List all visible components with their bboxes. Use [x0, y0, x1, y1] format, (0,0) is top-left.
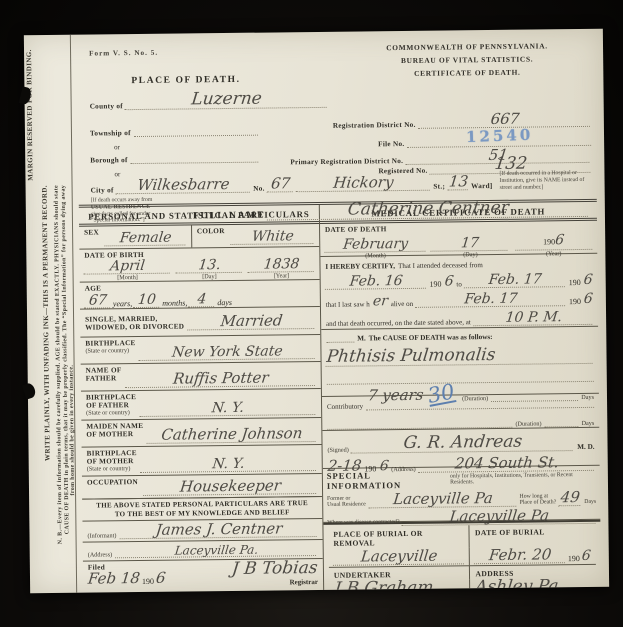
father-birthplace-value: N. Y.: [140, 400, 317, 417]
sex-value: Female: [104, 230, 186, 246]
former-residence-label-line2: Usual Residence: [327, 502, 366, 509]
usual-residence-note-line4: “Special Information.”]: [91, 217, 193, 225]
age-days-value: 4: [188, 292, 216, 307]
birthplace-row: BIRTHPLACE (State or country) New York S…: [80, 335, 320, 365]
death-certificate-document: MARGIN RESERVED FOR BINDING. WRITE PLAIN…: [24, 29, 609, 594]
date-of-birth-row: DATE OF BIRTH April [Month] 13. [Day]: [79, 247, 319, 283]
township-label: Township of: [90, 129, 131, 137]
months-word: months,: [162, 298, 187, 307]
commonwealth-block: COMMONWEALTH OF PENNSYLVANIA. BUREAU OF …: [341, 39, 593, 81]
last-alive-date: Feb. 17: [415, 291, 567, 308]
signed-line: (Signed) G. R. Andreas M. D.: [327, 433, 594, 454]
age-row: AGE 67 years, 10 months, 4 days: [80, 280, 320, 310]
informant-address-value: Laceyville Pa.: [115, 543, 318, 558]
meridiem-label: M.: [357, 334, 366, 342]
last-saw-pronoun: er: [372, 294, 389, 308]
mother-label-block: MAIDEN NAME OF MOTHER: [86, 422, 143, 439]
burial-year-digit: 6: [581, 549, 591, 563]
attended-from-year-digit: 6: [444, 274, 454, 288]
occupation-label: OCCUPATION: [87, 478, 138, 487]
ward-label: Ward]: [471, 182, 493, 190]
file-number-line: 12540: [407, 126, 591, 148]
certify-line2: Feb. 16 190 6 to Feb. 17 190 6: [325, 272, 592, 290]
death-day-value: 17: [431, 236, 510, 252]
personal-section: PERSONAL AND STATISTICAL PARTICULARS SEX…: [79, 205, 324, 593]
township-row: Township of: [90, 127, 258, 138]
burial-place-header: PLACE OF BURIAL OR REMOVAL: [328, 525, 470, 549]
death-month-value: February: [324, 237, 426, 253]
file-number-stamp: 12540: [465, 126, 533, 147]
marital-status-label: SINGLE, MARRIED, WIDOWED, OR DIVORCED: [85, 314, 184, 331]
birth-year-field: 1838 [Year]: [248, 257, 314, 280]
mother-name-value: Catherine Johnson: [147, 426, 318, 444]
contributory-block: Contributory (Duration) Days: [322, 394, 600, 431]
informant-row: (Informant) James J. Centner: [82, 519, 322, 543]
marital-status-value: Married: [187, 313, 316, 330]
hospital-note: [If death occurred in a Hospital or Inst…: [499, 170, 596, 192]
undertaker-value-cell: J B Graham: [329, 579, 471, 590]
mother-birthplace-row: BIRTHPLACE OF MOTHER (State or country) …: [82, 445, 322, 477]
sex-label: SEX: [84, 228, 99, 236]
cause-label-line: M. The CAUSE OF DEATH was as follows:: [326, 331, 593, 343]
registrar-block: J B Tobias Registrar: [208, 561, 318, 587]
marital-label-line2: WIDOWED, OR DIVORCED: [85, 322, 184, 331]
informant-address-label: (Address): [88, 551, 112, 558]
days-word: Days: [582, 420, 595, 427]
county-value: Luzerne: [125, 90, 329, 110]
father-birthplace-row: BIRTHPLACE OF FATHER (State or country) …: [81, 389, 321, 421]
father-name-row: NAME OF FATHER Ruffis Potter: [81, 362, 321, 392]
former-residence-line: Former or Usual Residence Laceyville Pa …: [327, 490, 596, 509]
father-name-value: Ruffis Potter: [125, 370, 317, 388]
former-residence-value: Laceyville Pa: [368, 491, 517, 509]
blank-line: [327, 373, 594, 385]
contributory-label: Contributory: [327, 402, 363, 410]
county-label: County of: [90, 102, 123, 110]
how-long-days-word: Days: [584, 499, 596, 506]
death-occurred-text: and that death occurred, on the date sta…: [326, 318, 471, 328]
state-or-country-sublabel: (State or country): [86, 409, 136, 417]
signed-label: (Signed): [327, 447, 348, 454]
burial-block: PLACE OF BURIAL OR REMOVAL DATE OF BURIA…: [323, 520, 601, 590]
sex-cell: SEX Female: [79, 225, 192, 248]
printed-year-190: 190: [568, 554, 580, 563]
registrar-signature: J B Tobias: [231, 560, 318, 578]
attestation-row: THE ABOVE STATED PERSONAL PARTICULARS AR…: [82, 496, 322, 522]
street-suffix-label: St.;: [433, 183, 445, 191]
attended-from-date: Feb. 16: [325, 274, 428, 290]
margin-binding-note: MARGIN RESERVED FOR BINDING.: [25, 49, 34, 181]
father-label-block: NAME OF FATHER: [86, 366, 122, 382]
city-row: City of Wilkesbarre No. 67 Hickory St.; …: [90, 174, 492, 195]
blank-line: [545, 418, 579, 427]
date-of-death-row: DATE OF DEATH February (Month) 17 (Day): [320, 221, 597, 257]
printed-year-190: 190: [429, 280, 441, 289]
special-information-title: SPECIAL INFORMATION: [327, 470, 446, 491]
cause-of-death-block: M. The CAUSE OF DEATH was as follows: Ph…: [321, 327, 599, 397]
printed-year-190: 190: [142, 577, 154, 586]
color-label: COLOR: [197, 227, 225, 235]
years-word: years,: [113, 299, 132, 308]
father-label-line2: FATHER: [86, 374, 122, 382]
birth-day-value: 13.: [175, 258, 243, 274]
death-year-line: 1906: [515, 231, 593, 251]
filed-date: Feb 18 190 6: [88, 570, 209, 586]
city-value: Wilkesbarre: [116, 177, 251, 195]
father-birthplace-label-block: BIRTHPLACE OF FATHER (State or country): [86, 393, 137, 417]
county-row: County of Luzerne: [90, 90, 328, 111]
special-information-title-line: SPECIAL INFORMATION only for Hospitals, …: [327, 468, 596, 491]
printed-year-190: 190: [569, 278, 581, 287]
cause-of-death-label: The CAUSE OF DEATH was as follows:: [369, 333, 493, 342]
day-sublabel: [Day]: [176, 273, 242, 281]
form-number: Form V. S. No. 5.: [89, 49, 158, 58]
blank-line: [366, 399, 594, 411]
color-cell: COLOR White: [192, 224, 319, 247]
state-or-country-sublabel: (State or country): [85, 347, 135, 355]
undertaker-address-cell: Ashley Pa: [470, 578, 596, 590]
contributory-line: Contributory: [327, 399, 594, 411]
birth-day-field: 13. [Day]: [176, 258, 242, 281]
death-year-digit: 6: [554, 233, 564, 247]
full-name-value: Catherine Centner: [267, 199, 590, 221]
color-value: White: [230, 229, 315, 245]
or-divider: or: [114, 143, 120, 151]
attended-to-year-digit: 6: [583, 273, 593, 287]
filed-day-value: Feb 18: [87, 571, 141, 587]
blank-line: [326, 334, 354, 343]
form-columns: PERSONAL AND STATISTICAL PARTICULARS SEX…: [79, 199, 601, 593]
binding-margin: MARGIN RESERVED FOR BINDING. WRITE PLAIN…: [24, 35, 77, 593]
duration-sublabel: (Duration): [515, 420, 541, 427]
form-content: Form V. S. No. 5. COMMONWEALTH OF PENNSY…: [71, 29, 609, 593]
house-number-value: 67: [267, 176, 295, 192]
or-label: or: [114, 170, 120, 178]
alive-on-text: alive on: [391, 300, 413, 308]
informant-label: (Informant): [87, 532, 116, 539]
medical-section: MEDICAL CERTIFICATE OF DEATH DATE OF DEA…: [320, 202, 601, 590]
street-value: Hickory: [296, 175, 431, 193]
undertaker-address-value: Ashley Pa: [475, 578, 592, 590]
state-or-country-sublabel: (State or country): [87, 465, 137, 473]
file-number-row: File No. 12540: [378, 126, 591, 148]
certify-line4: and that death occurred, on the date sta…: [326, 310, 593, 328]
burial-date-value-cell: Febr. 20 190 6: [470, 546, 596, 565]
how-long-value: 49: [558, 490, 582, 506]
days-word: days: [217, 298, 232, 307]
age-months-value: 10: [133, 293, 161, 308]
blank-line: [134, 127, 258, 137]
birthplace-value: New York State: [139, 344, 316, 361]
file-number-label: File No.: [378, 140, 404, 148]
age-years-value: 67: [84, 293, 112, 308]
filed-year-digit: 6: [155, 571, 166, 586]
city-label: City of: [91, 186, 114, 194]
special-information-block: SPECIAL INFORMATION only for Hospitals, …: [323, 466, 601, 523]
form-header: Form V. S. No. 5. COMMONWEALTH OF PENNSY…: [77, 29, 597, 205]
cause-value-line: Phthisis Pulmonalis: [326, 346, 593, 367]
informant-value: James J. Centner: [119, 521, 318, 539]
birth-year-value: 1838: [247, 257, 315, 273]
month-sublabel: [Month]: [85, 274, 171, 282]
mother-name-row: MAIDEN NAME OF MOTHER Catherine Johnson: [81, 418, 321, 448]
former-residence-label: Former or Usual Residence: [327, 495, 366, 509]
margin-permanent-record-note: WRITE PLAINLY, WITH UNFADING INK—THIS IS…: [41, 185, 52, 461]
occupation-value: Housekeeper: [143, 478, 318, 496]
certificate-title: CERTIFICATE OF DEATH.: [341, 65, 593, 81]
birth-month-value: April: [84, 259, 171, 275]
blank-line: [131, 154, 259, 164]
mother-birthplace-value: N. Y.: [140, 456, 317, 473]
date-of-birth-fields: April [Month] 13. [Day] 1838 [Year]: [84, 257, 314, 282]
special-information-note: only for Hospitals, Institutions, Transi…: [450, 472, 596, 486]
to-word: to: [456, 280, 462, 288]
borough-row: Borough of: [90, 154, 258, 165]
burial-place-value-cell: Laceyville: [329, 547, 471, 567]
usual-residence-note: [If death occurs away from USUAL RESIDEN…: [91, 196, 193, 224]
filed-row: Filed Feb 18 190 6 J B Tobias Registrar: [83, 559, 323, 591]
scanner-background: MARGIN RESERVED FOR BINDING. WRITE PLAIN…: [0, 0, 623, 627]
printed-year-190: 190: [569, 297, 581, 306]
sex-color-row: SEX Female COLOR White: [79, 224, 319, 250]
certify-line3: that I last saw h er alive on Feb. 17 19…: [326, 291, 593, 309]
death-time-value: 10 P. M.: [473, 310, 594, 326]
attended-to-date: Feb. 17: [464, 272, 567, 288]
borough-label: Borough of: [90, 156, 128, 164]
mother-birthplace-label-block: BIRTHPLACE OF MOTHER (State or country): [87, 449, 138, 473]
physician-signature: G. R. Andreas: [351, 433, 575, 454]
mother-label-line2: OF MOTHER: [86, 430, 143, 439]
certify-bold-text: I HEREBY CERTIFY,: [325, 262, 395, 271]
blank-dotted-line: [327, 373, 594, 385]
registrar-label: Registrar: [289, 578, 317, 586]
ward-number-value: 13: [447, 174, 469, 190]
md-label: M. D.: [577, 443, 594, 451]
year-sublabel: [Year]: [248, 272, 314, 280]
house-number-label: No.: [253, 185, 265, 193]
cause-of-death-value: Phthisis Pulmonalis: [325, 346, 594, 367]
physician-signature-block: (Signed) G. R. Andreas M. D. 2-18 190 6 …: [322, 428, 600, 469]
last-alive-year-digit: 6: [583, 292, 593, 306]
printed-year-190: 190: [543, 237, 555, 246]
last-saw-text: that I last saw h: [326, 300, 370, 308]
burial-date-value: Febr. 20: [474, 547, 566, 564]
or-label: or: [114, 143, 120, 151]
filed-date-block: Filed Feb 18 190 6: [88, 562, 209, 588]
certify-line1: I HEREBY CERTIFY, That I attended deceas…: [325, 260, 592, 271]
birth-month-field: April [Month]: [84, 259, 170, 282]
or-divider: or: [114, 170, 120, 178]
certify-rest-text: That I attended deceased from: [398, 261, 483, 270]
full-name-label: FULL NAME: [193, 211, 266, 222]
marital-status-row: SINGLE, MARRIED, WIDOWED, OR DIVORCED Ma…: [80, 307, 320, 338]
burial-date-header: DATE OF BURIAL: [470, 524, 596, 547]
place-of-death-title: PLACE OF DEATH.: [131, 75, 240, 86]
birthplace-label-block: BIRTHPLACE (State or country): [85, 339, 135, 355]
undertaker-signature: J B Graham: [333, 579, 465, 590]
how-long-label: How long at Place of Death?: [519, 493, 556, 507]
age-values: 67 years, 10 months, 4 days: [85, 291, 315, 309]
burial-place-value: Laceyville: [333, 548, 465, 566]
certification-block: I HEREBY CERTIFY, That I attended deceas…: [320, 254, 598, 330]
